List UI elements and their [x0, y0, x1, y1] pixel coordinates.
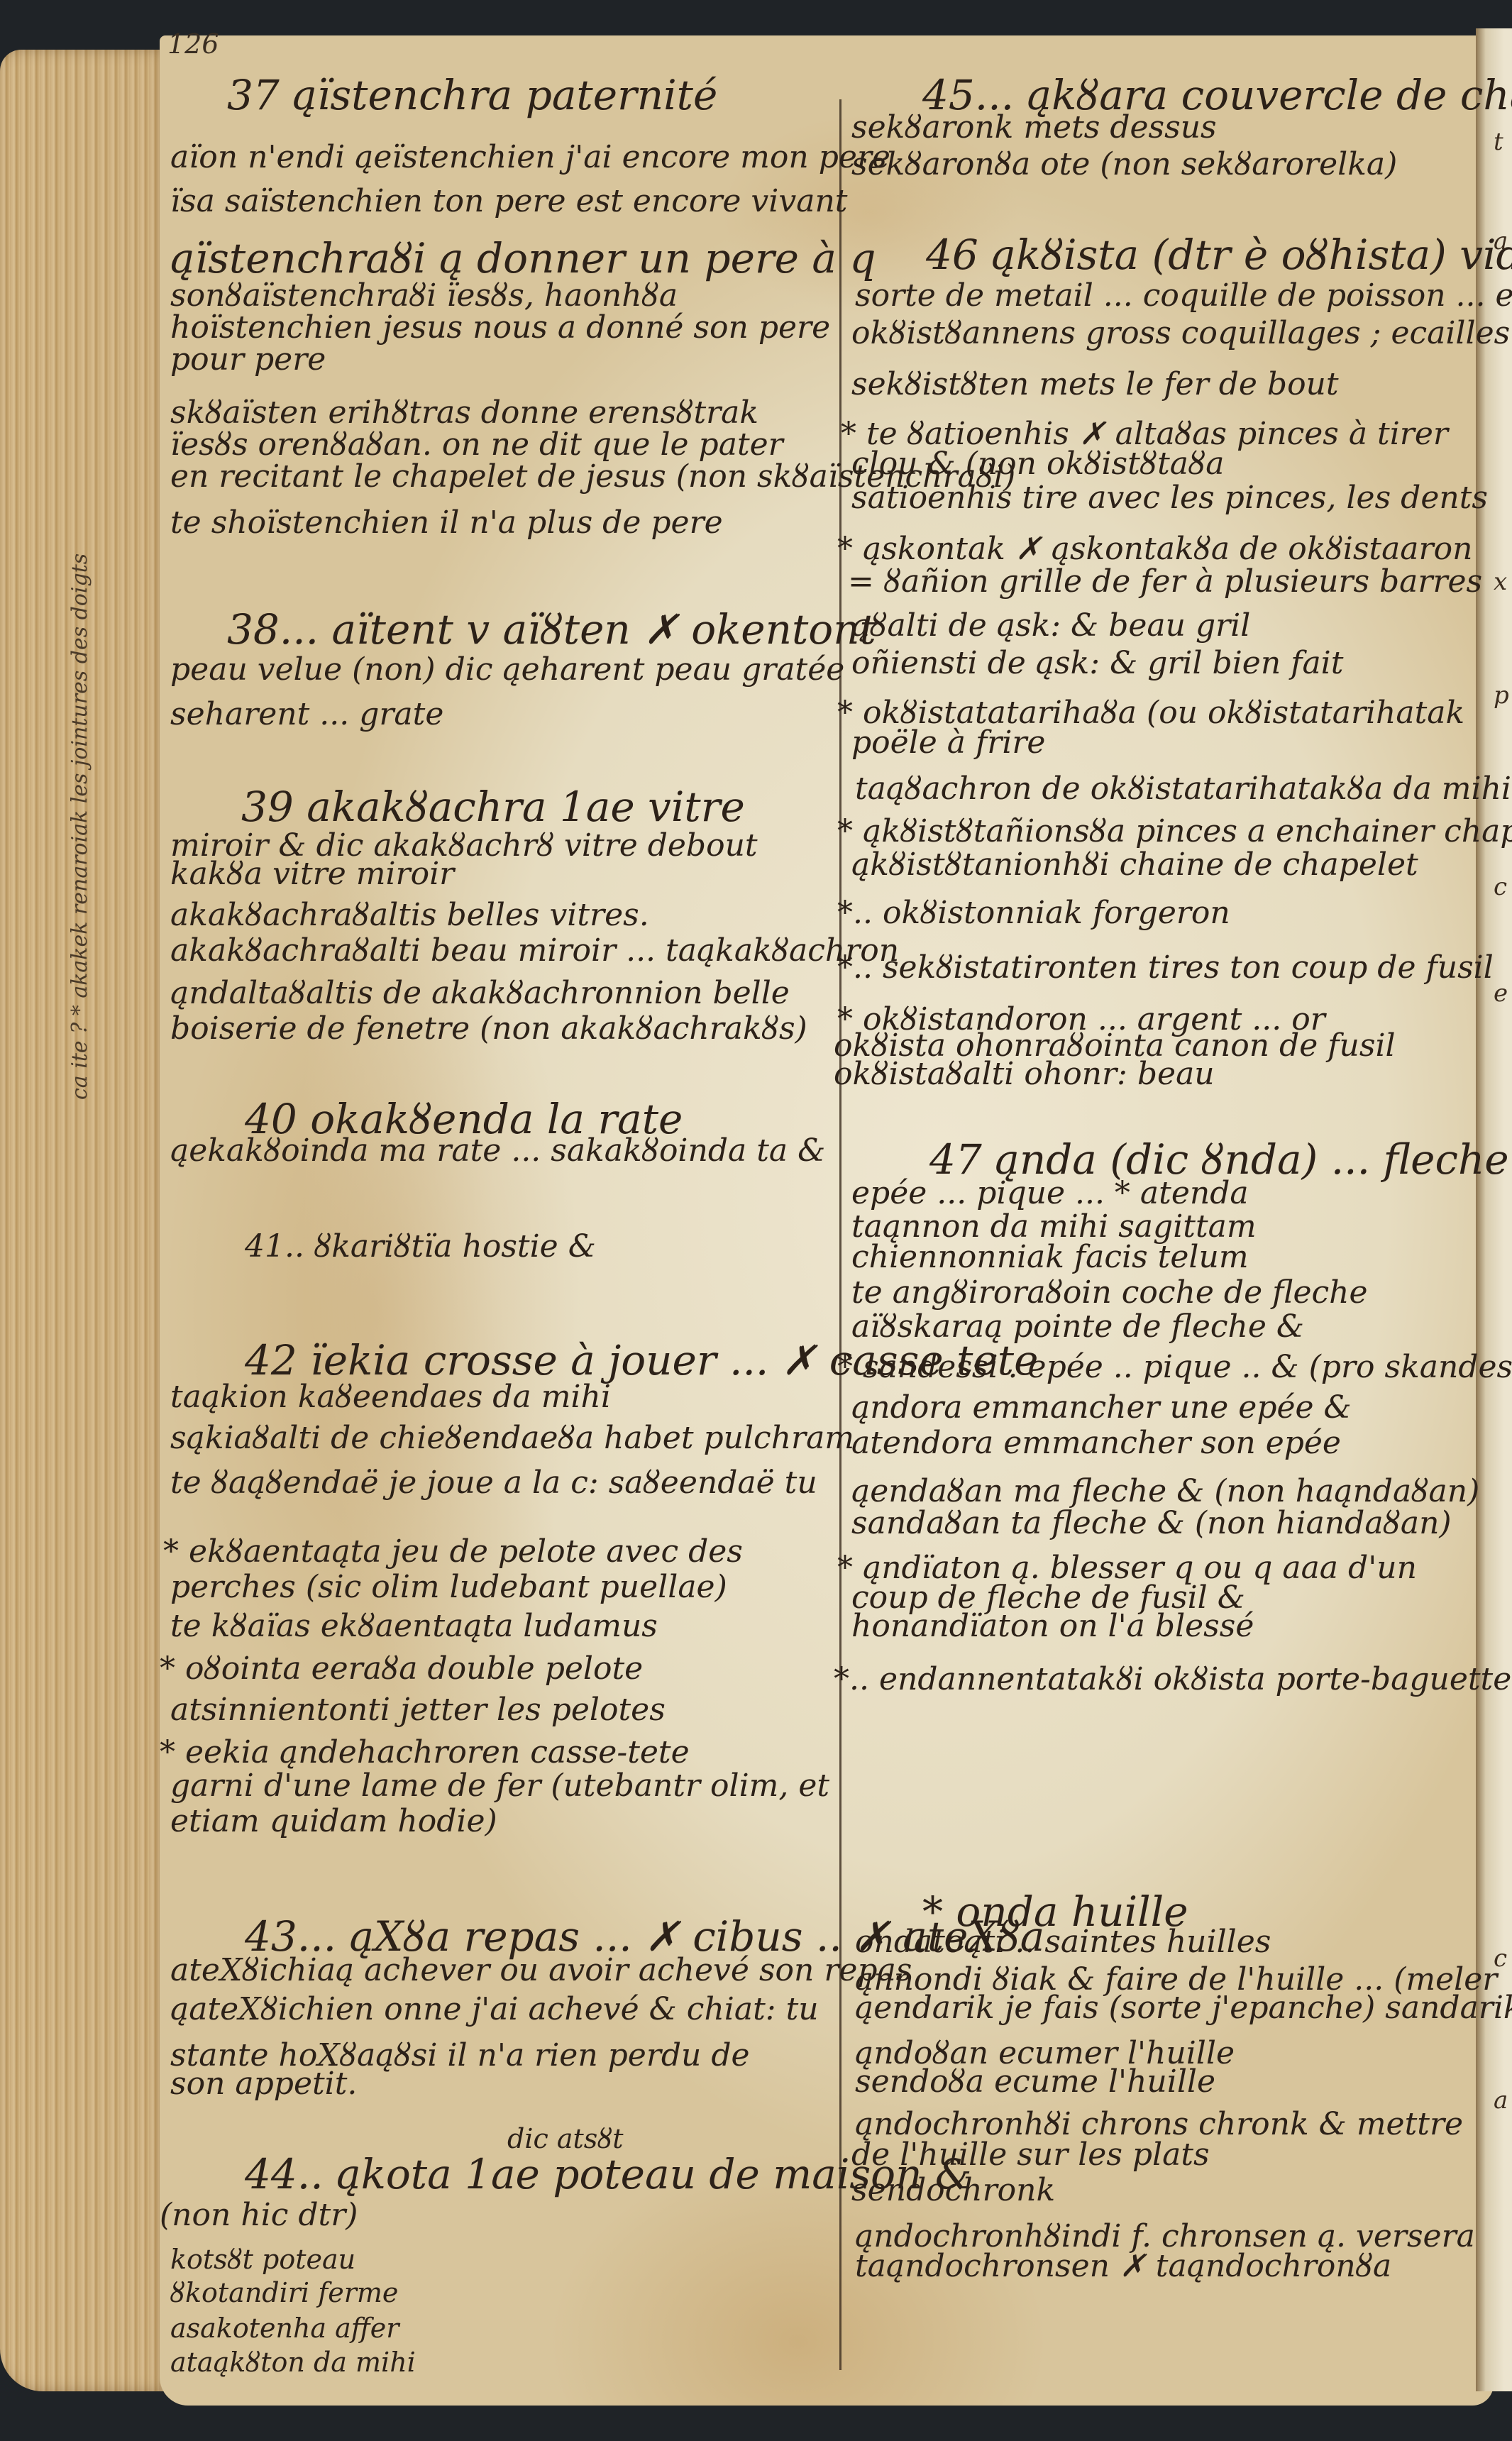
dictionary-entry-line: sonȣaïstenchraȣi ïesȣs, haonhȣa — [170, 280, 678, 312]
dictionary-entry-line: aïȣskaraą pointe de fleche & — [851, 1311, 1304, 1343]
dictionary-entry-line: boiserie de fenetre (non akakȣachrakȣs) — [170, 1013, 807, 1045]
dictionary-entry-line: ąndora emmancher une epée & — [851, 1392, 1352, 1423]
dictionary-entry-line: sąkiaȣalti de chieȣendaeȣa habet pulchra… — [170, 1423, 854, 1454]
dictionary-entry-line: * ekȣaentaąta jeu de pelote avec des — [163, 1536, 743, 1567]
dictionary-entry-line: okȣistaȣalti ohonr: beau — [834, 1059, 1215, 1090]
dictionary-entry-line: etiam quidam hodie) — [170, 1806, 497, 1837]
page-number: 126 — [167, 28, 219, 60]
dictionary-entry-line: honandïaton on l'a blessé — [851, 1611, 1254, 1642]
dictionary-entry-line: ąendarik je fais (sorte j'epanche) sanda… — [855, 1993, 1512, 2024]
dictionary-entry-line: ąateXȣichien onne j'ai achevé & chiat: t… — [170, 1994, 819, 2025]
dictionary-entry-line: ateXȣichiaą achever ou avoir achevé son … — [170, 1955, 912, 1986]
facing-page-fragment: p — [1494, 681, 1509, 710]
dictionary-entry-line: * ąskontak ✗ ąskontakȣa de okȣistaaron — [837, 534, 1472, 565]
dictionary-entry-heading: 46 ąkȣista (dtr è oȣhista) vide toute — [926, 234, 1512, 275]
dictionary-entry-line: (non hic dtr) — [160, 2200, 358, 2231]
dictionary-entry-line: aïon n'endi ąeïstenchien j'ai encore mon… — [170, 142, 890, 173]
dictionary-entry-line: garni d'une lame de fer (utebantr olim, … — [170, 1770, 829, 1802]
dictionary-entry-line: taąndochronsen ✗ taąndochronȣa — [855, 2251, 1391, 2282]
dictionary-entry-line: atendora emmancher son epée — [851, 1428, 1341, 1459]
dictionary-entry-line: ąndochronhȣi chrons chronk & mettre — [855, 2109, 1463, 2140]
dictionary-entry-line: atsinnientonti jetter les pelotes — [170, 1695, 666, 1726]
dictionary-entry-line: oñiensti de ąsk: & gril bien fait — [851, 648, 1343, 679]
dictionary-entry-line: sendochronk — [851, 2175, 1055, 2206]
dictionary-entry-line: te shoïstenchien il n'a plus de pere — [170, 507, 723, 539]
dictionary-entry-line: ąekakȣoinda ma rate ... sakakȣoinda ta & — [170, 1135, 825, 1167]
dictionary-entry-line: kakȣa vitre miroir — [170, 859, 454, 890]
page-edges — [0, 50, 170, 2391]
dictionary-entry-line: ąendaȣan ma fleche & (non haąndaȣan) — [851, 1476, 1479, 1507]
dictionary-entry-heading: 38... aïtent v aïȣten ✗ okentont — [227, 609, 876, 650]
dictionary-entry-line: ïesȣs orenȣaȣan. on ne dit que le pater — [170, 429, 783, 461]
dictionary-entry-line: clou & (non okȣistȣtaȣa — [851, 448, 1225, 480]
dictionary-entry-line: okȣistȣannens gross coquillages ; ecaill… — [851, 318, 1510, 349]
dictionary-entry-line: poële à frire — [851, 727, 1045, 759]
dictionary-entry-line: asakotenha affer — [170, 2315, 399, 2342]
dictionary-entry-line: skȣaïsten erihȣtras donne erensȣtrak — [170, 397, 758, 429]
facing-page-fragment: a — [1494, 2086, 1508, 2115]
dictionary-entry-line: satioenhis tire avec les pinces, les den… — [851, 483, 1488, 514]
dictionary-entry-line: akakȣachraȣaltis belles vitres. — [170, 900, 649, 931]
dictionary-entry-line: *.. sekȣistatironten tires ton coup de f… — [837, 952, 1494, 983]
dictionary-entry-line: sekȣaronk mets dessus — [851, 112, 1217, 143]
dictionary-entry-heading: 39 akakȣachra 1ae vitre — [241, 786, 745, 827]
dictionary-entry-line: sendoȣa ecume l'huille — [855, 2066, 1215, 2098]
dictionary-entry-line: sorte de metail ... coquille de poisson … — [855, 280, 1512, 312]
dictionary-entry-line: te kȣaïas ekȣaentaąta ludamus — [170, 1611, 658, 1642]
dictionary-entry-line: te ȣaąȣendaë je joue a la c: saȣeendaë t… — [170, 1467, 817, 1499]
dictionary-entry-line: taąnnon da mihi sagittam — [851, 1211, 1257, 1242]
facing-page-fragment: c — [1494, 873, 1507, 901]
dictionary-entry-line: * ąkȣistȣtañionsȣa pinces a enchainer ch… — [837, 816, 1512, 847]
facing-page-fragment: e — [1494, 979, 1508, 1008]
dictionary-entry-line: pour pere — [170, 344, 326, 375]
dictionary-entry-line: te angȣiroraȣoin coche de fleche — [851, 1277, 1368, 1308]
dictionary-entry-line: akakȣachraȣalti beau miroir ... taąkakȣa… — [170, 935, 899, 966]
dictionary-entry-line: hoïstenchien jesus nous a donné son pere — [170, 312, 830, 343]
dictionary-entry-line: epée ... pique ... * atenda — [851, 1178, 1249, 1209]
dictionary-entry-line: sandaȣan ta fleche & (non hiandaȣan) — [851, 1508, 1452, 1539]
dictionary-entry-line: * sandessi . epée .. pique .. & (pro ska… — [837, 1352, 1512, 1383]
dictionary-entry-line: * oȣointa eeraȣa double pelote — [160, 1653, 643, 1685]
dictionary-entry-line: ąkȣistȣtanionhȣi chaine de chapelet — [851, 849, 1418, 881]
dictionary-entry-line: kotsȣt poteau — [170, 2246, 355, 2273]
dictionary-entry-line: ataąkȣton da mihi — [170, 2349, 416, 2376]
facing-page-fragment: a — [1494, 227, 1508, 255]
dictionary-entry-line: chiennonniak facis telum — [851, 1242, 1249, 1273]
vertical-margin-note: ca ite ? * akakek renaroiak les jointure… — [67, 553, 92, 1100]
dictionary-entry-line: de l'huille sur les plats — [851, 2139, 1210, 2171]
dictionary-entry-line: = ȣañion grille de fer à plusieurs barre… — [848, 566, 1482, 597]
dictionary-entry-line: ąndaltaȣaltis de akakȣachronnion belle — [170, 978, 790, 1009]
dictionary-entry-line: *.. endannentatakȣi okȣista porte-baguet… — [834, 1664, 1512, 1695]
dictionary-entry-heading: 37 ąïstenchra paternité — [227, 75, 717, 116]
dictionary-entry-heading: 47 ąnda (dic ȣnda) ... fleche ..* — [929, 1139, 1512, 1180]
dictionary-entry-line: sekȣistȣten mets le fer de bout — [851, 369, 1339, 400]
dictionary-entry-line: son appetit. — [170, 2068, 357, 2100]
facing-page-fragment: c — [1494, 1944, 1507, 1973]
facing-page-fragment: x — [1494, 568, 1507, 596]
dictionary-entry-line: sekȣaronȣa ote (non sekȣarorelka) — [851, 149, 1397, 180]
dictionary-entry-line: ąȣalti de ąsk: & beau gril — [851, 610, 1250, 641]
dictionary-entry-line: ondatoąti .. saintes huilles — [855, 1927, 1271, 1958]
dictionary-entry-line: ïsa saïstenchien ton pere est encore viv… — [170, 186, 847, 217]
dictionary-entry-line: * eekia ąndehachroren casse-tete — [160, 1737, 690, 1768]
dictionary-entry-line: dic atsȣt — [507, 2125, 624, 2152]
dictionary-entry-line: perches (sic olim ludebant puellae) — [170, 1572, 727, 1603]
dictionary-entry-line: *.. okȣistonniak forgeron — [837, 898, 1230, 929]
dictionary-entry-heading: ąïstenchraȣi ą donner un pere à q — [170, 238, 876, 279]
dictionary-entry-line: taąkion kaȣeendaes da mihi — [170, 1382, 611, 1413]
dictionary-entry-line: ȣkotandiri ferme — [170, 2279, 398, 2306]
dictionary-entry-line: taąȣachron de okȣistatarihatakȣa da mihi — [855, 773, 1511, 805]
dictionary-entry-line: seharent ... grate — [170, 699, 443, 730]
facing-page-text: taxpceca — [1494, 43, 1512, 2384]
dictionary-entry-line: 41.. ȣkariȣtïa hostie & — [245, 1231, 596, 1262]
dictionary-entry-line: peau velue (non) dic ąeharent peau graté… — [170, 654, 844, 685]
facing-page-fragment: t — [1494, 128, 1503, 156]
